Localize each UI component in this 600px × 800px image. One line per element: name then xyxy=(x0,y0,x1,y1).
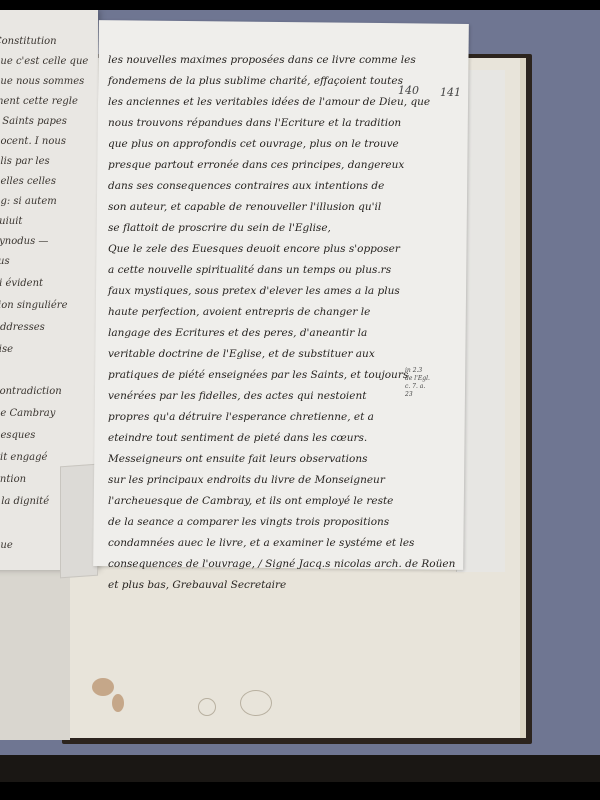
text-line: Messeigneurs ont ensuite fait leurs obse… xyxy=(108,449,458,470)
left-line: de Cambray xyxy=(0,408,55,419)
left-line: ention xyxy=(0,474,26,485)
text-line: les nouvelles maximes proposées dans ce … xyxy=(108,50,458,71)
table-edge xyxy=(0,755,600,782)
text-line: fondemens de la plus sublime charité, ef… xyxy=(108,71,458,92)
left-line: tion singuliére xyxy=(0,300,67,311)
text-line: de la seance a comparer les vingts trois… xyxy=(108,512,458,533)
text-line: pratiques de piété enseignées par les Sa… xyxy=(108,365,458,386)
text-line: que plus on approfondis cet ouvrage, plu… xyxy=(108,134,458,155)
text-line: veritable doctrine de l'Eglise, et de su… xyxy=(108,344,458,365)
text-line: propres qu'a détruire l'esperance chreti… xyxy=(108,407,458,428)
stain xyxy=(240,690,272,716)
left-line: s Saints papes xyxy=(0,116,67,127)
left-line: nocent. I nous xyxy=(0,136,66,147)
text-line: faux mystiques, sous pretex d'elever les… xyxy=(108,281,458,302)
left-line: que c'est celle que xyxy=(0,56,88,67)
left-line: ng: si autem xyxy=(0,196,57,207)
text-line: sur les principaux endroits du livre de … xyxy=(108,470,458,491)
left-line: blis par les xyxy=(0,156,50,167)
left-line: uesques xyxy=(0,430,35,441)
left-line: Constitution xyxy=(0,36,57,47)
text-line: a cette nouvelle spiritualité dans un te… xyxy=(108,260,458,281)
left-line: si évident xyxy=(0,278,43,289)
text-line: consequences de l'ouvrage, / Signé Jacq.… xyxy=(108,554,458,575)
text-line: l'archeuesque de Cambray, et ils ont emp… xyxy=(108,491,458,512)
text-line: son auteur, et capable de renouveller l'… xyxy=(108,197,458,218)
left-line: que xyxy=(0,540,13,551)
text-line: venérées par les fidelles, des actes qui… xyxy=(108,386,458,407)
stain xyxy=(198,698,216,716)
left-line: t la dignité xyxy=(0,496,49,507)
left-line: suiuit xyxy=(0,216,22,227)
left-line: oit engagé xyxy=(0,452,47,463)
left-line: addresses xyxy=(0,322,45,333)
left-line: ment cette regle xyxy=(0,96,78,107)
text-line: haute perfection, avoient entrepris de c… xyxy=(108,302,458,323)
text-line: presque partout erronée dans ces princip… xyxy=(108,155,458,176)
left-line: uelles celles xyxy=(0,176,56,187)
left-line: rise xyxy=(0,344,13,355)
text-line: dans ses consequences contraires aux int… xyxy=(108,176,458,197)
text-line: eteindre tout sentiment de pieté dans le… xyxy=(108,428,458,449)
text-line: et plus bas, Grebauval Secretaire xyxy=(108,575,458,596)
main-text: les nouvelles maximes proposées dans ce … xyxy=(108,50,458,596)
left-line: contradiction xyxy=(0,386,62,397)
stain xyxy=(112,694,124,712)
text-line: Que le zele des Euesques deuoit encore p… xyxy=(108,239,458,260)
left-page-stack xyxy=(0,570,70,740)
left-line: tus xyxy=(0,256,10,267)
text-line: les anciennes et les veritables idées de… xyxy=(108,92,458,113)
text-line: nous trouvons répandues dans l'Ecriture … xyxy=(108,113,458,134)
stain xyxy=(92,678,114,696)
text-line: condamnées auec le livre, et a examiner … xyxy=(108,533,458,554)
text-line: se flattoit de proscrire du sein de l'Eg… xyxy=(108,218,458,239)
left-line: que nous sommes xyxy=(0,76,84,87)
left-line: synodus — xyxy=(0,236,48,247)
document-photo: Constitution que c'est celle que que nou… xyxy=(0,10,600,782)
text-line: langage des Ecritures et des peres, d'an… xyxy=(108,323,458,344)
